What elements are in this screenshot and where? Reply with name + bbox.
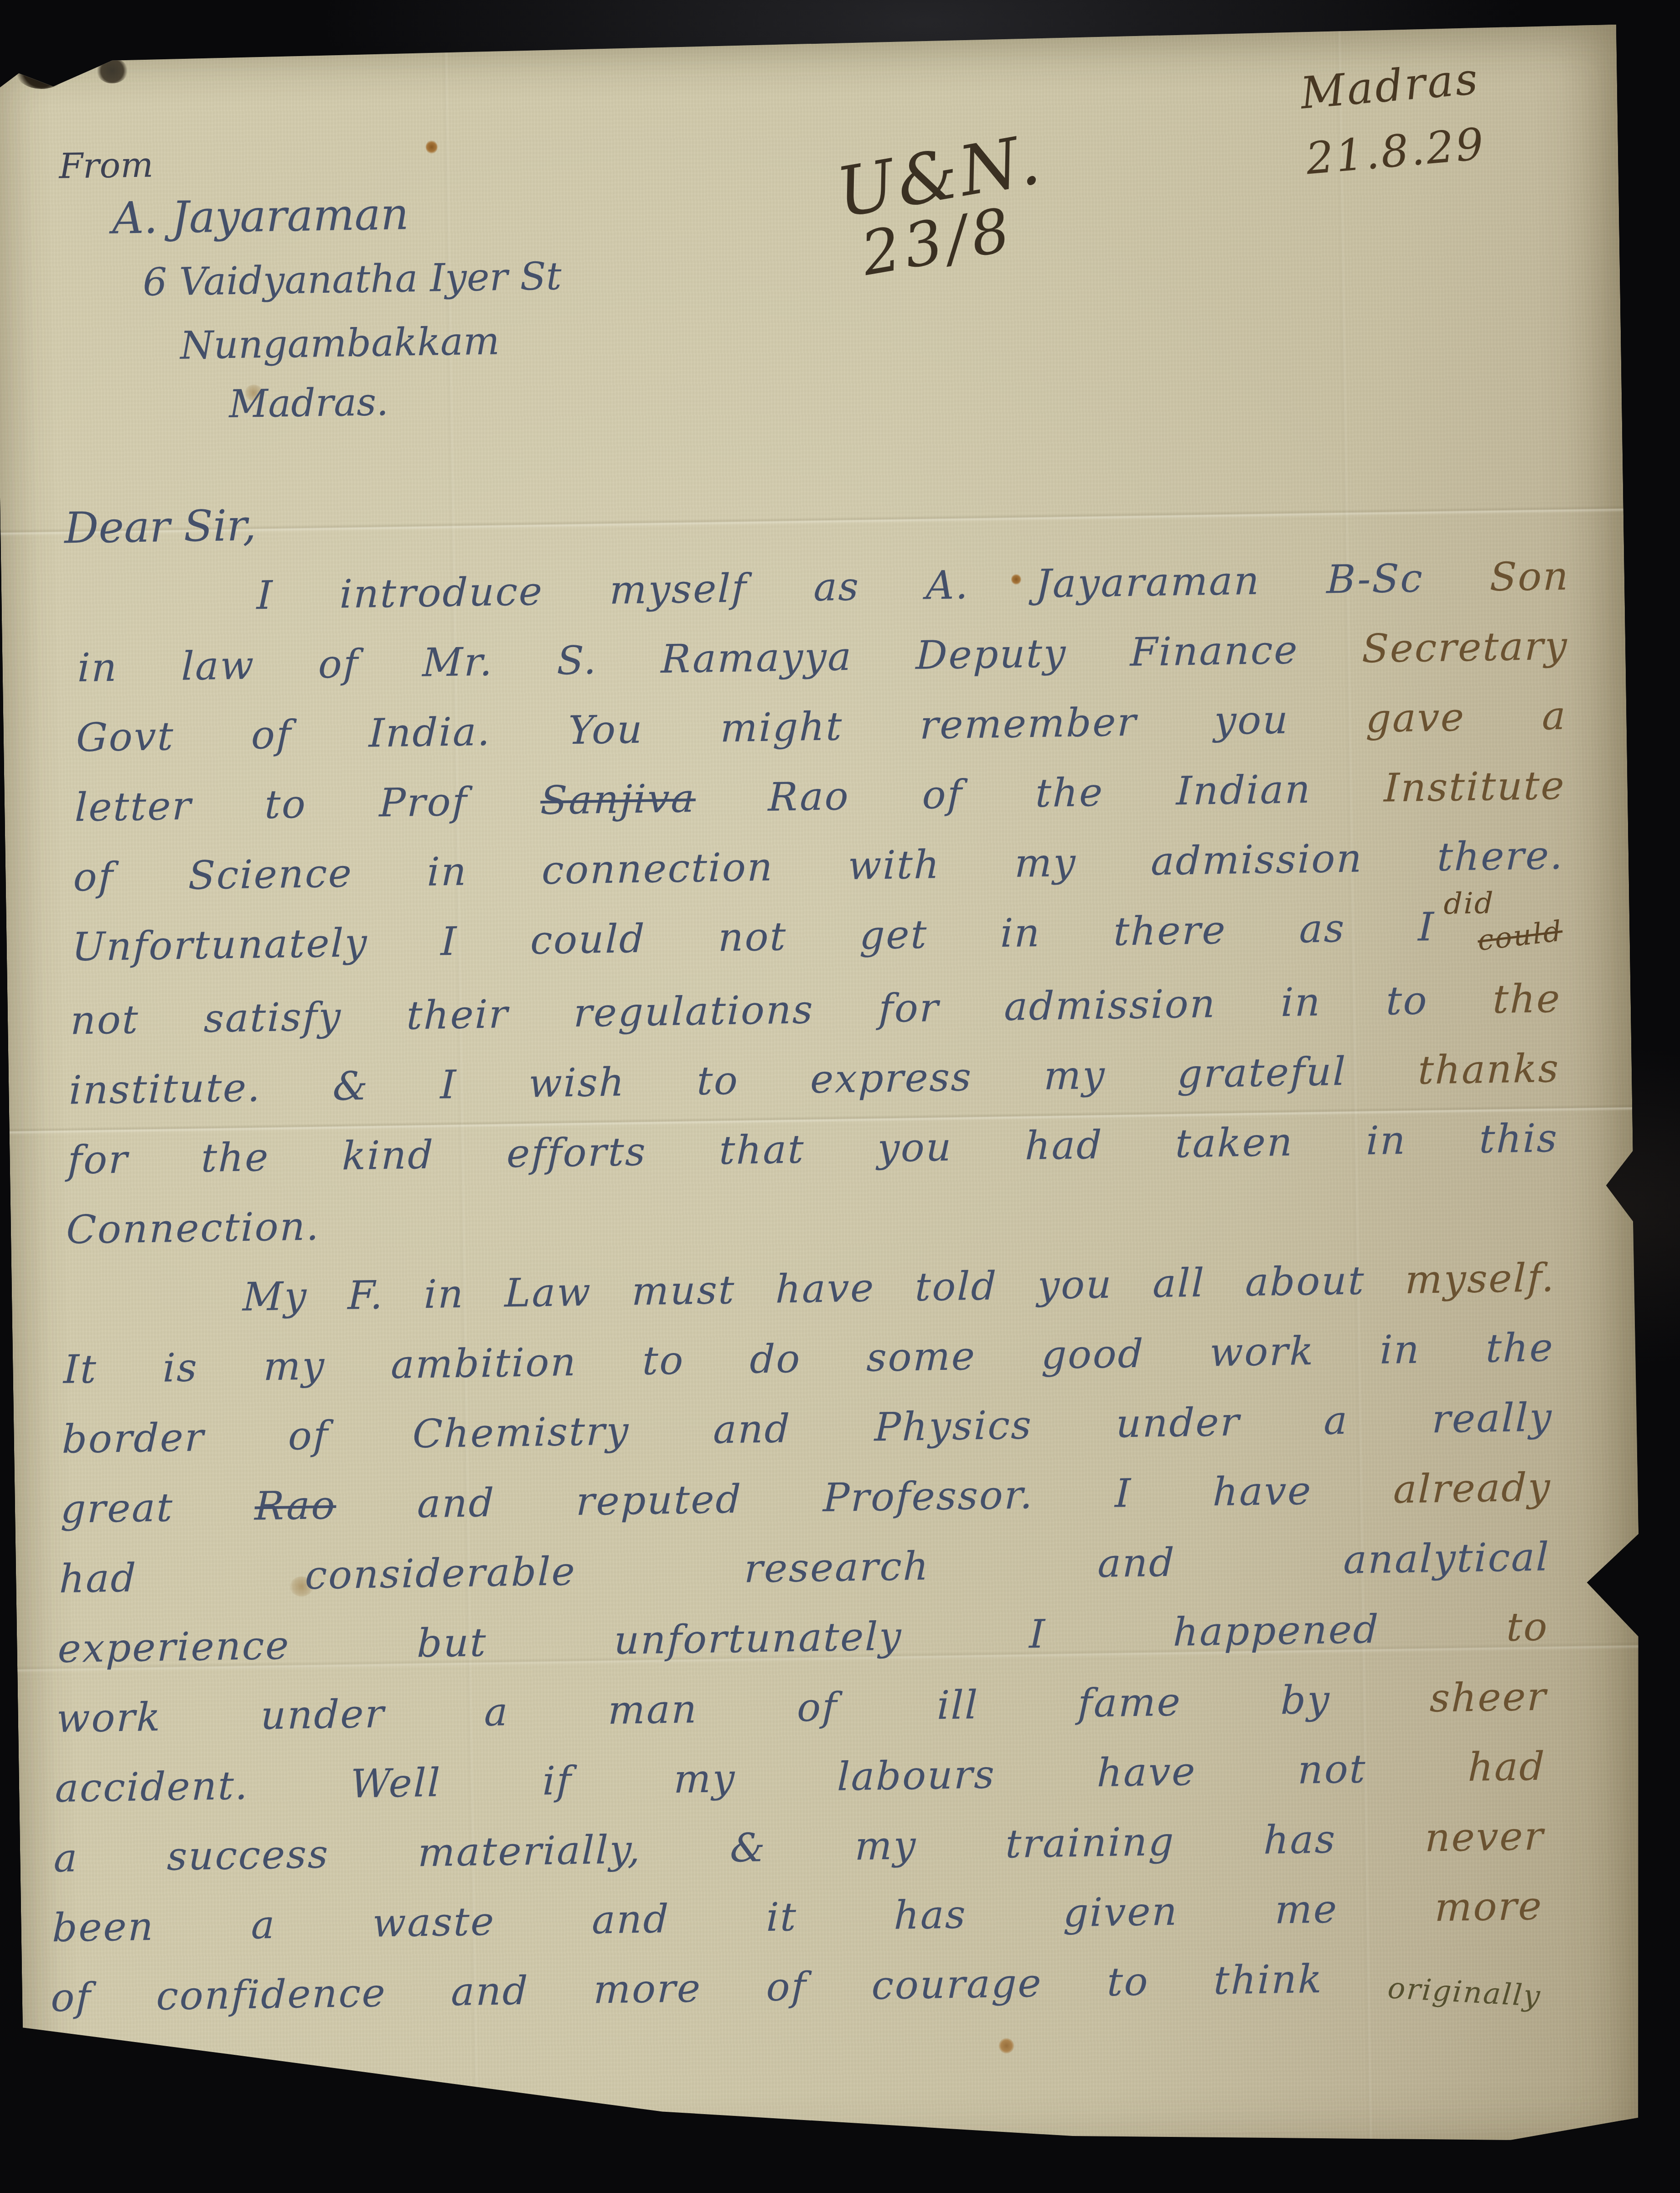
letter-paragraph: My F. in Law must have told you all abou… — [51, 1258, 1556, 2021]
letter-line: Unfortunately I could not get in there a… — [72, 906, 1563, 971]
letter-text: myself. — [1405, 1255, 1556, 1303]
salutation: Dear Sir, — [64, 501, 256, 553]
docket-annotation: U&N. 23/8 — [832, 125, 1058, 287]
letter-line: great Rao and reputed Professor. I have … — [60, 1467, 1551, 1529]
letter-text: a success materially, & my training has — [53, 1815, 1426, 1881]
struck-word: Rao — [254, 1483, 337, 1529]
letter-text: great — [60, 1483, 255, 1532]
sender-city: Madras. — [228, 379, 388, 426]
letter-text: to — [1506, 1604, 1549, 1650]
letter-text: sheer — [1429, 1674, 1547, 1721]
letter-text: gave a — [1365, 693, 1567, 742]
letter-line: accident. Well if my labours have not ha… — [55, 1747, 1546, 1809]
letter-paragraph: I introduce myself as A. Jayaraman B-Sc … — [66, 556, 1570, 1249]
sender-street: 6 Vaidyanatha Iyer St — [142, 254, 562, 305]
letter-text: It is my ambition to do some good work i… — [63, 1325, 1555, 1393]
letter-text: the — [1492, 976, 1561, 1022]
letter-place-date: Madras 21.8.29 — [1298, 46, 1488, 192]
letter-text: of confidence and more of courage to thi… — [51, 1955, 1388, 2021]
letter-text: not satisfy their regulations for admiss… — [70, 977, 1494, 1043]
letter-text: been a waste and it has given me — [52, 1885, 1435, 1951]
letter-line: not satisfy their regulations for admiss… — [70, 979, 1561, 1041]
sender-name: A. Jayaraman — [112, 188, 409, 244]
letter-text: experience but unfortunately I happened — [57, 1605, 1507, 1672]
letter-text: Unfortunately I could not get in there a… — [72, 904, 1436, 970]
letter-line: had considerable research and analytical — [59, 1537, 1550, 1599]
letter-text: Secretary — [1361, 623, 1568, 672]
letter-text: work under a man of ill fame by — [56, 1675, 1430, 1742]
letter-text: and reputed Professor. I have — [336, 1467, 1394, 1528]
letter-line: Govt of India. You might remember you ga… — [76, 696, 1567, 758]
letter-text: Connection. — [66, 1203, 320, 1253]
letter-line: I introduce myself as A. Jayaraman B-Sc … — [78, 556, 1570, 618]
letter-text: I introduce myself as A. Jayaraman B-Sc — [256, 555, 1490, 618]
letter-line: My F. in Law must have told you all abou… — [64, 1258, 1556, 1320]
letter-text: already — [1393, 1464, 1552, 1512]
letter-text: Institute — [1384, 763, 1566, 811]
letter-text: border of Chemistry and Physics under a … — [62, 1395, 1553, 1462]
letter-line: of Science in connection with my admissi… — [73, 836, 1564, 897]
rust-spot — [425, 140, 437, 154]
letter-line: It is my ambition to do some good work i… — [63, 1328, 1554, 1389]
sender-locality: Nungambakkam — [180, 318, 500, 368]
letter-text: of Science in connection with my admissi… — [73, 833, 1565, 901]
letter-line: experience but unfortunately I happened … — [57, 1607, 1549, 1669]
letter-line: Connection. — [66, 1188, 1557, 1250]
letter-line: work under a man of ill fame by sheer — [56, 1677, 1547, 1738]
letter-text: institute. & I wish to express my gratef… — [69, 1048, 1419, 1114]
letter-text: originally — [1386, 1969, 1543, 2016]
letter-text: had — [1468, 1744, 1546, 1791]
letter-text: My F. in Law must have told you all abou… — [242, 1257, 1406, 1320]
from-label: From — [59, 144, 154, 186]
letter-text: for the kind efforts that you had taken … — [67, 1115, 1559, 1183]
struck-word: Sanjiva — [540, 776, 696, 824]
letter-line: border of Chemistry and Physics under a … — [62, 1398, 1553, 1459]
letter-line: been a waste and it has given me more — [52, 1887, 1543, 1948]
inserted-word: did — [1443, 884, 1495, 924]
letter-line: of confidence and more of courage to thi… — [51, 1956, 1542, 2022]
letter-line: in law of Mr. S. Ramayya Deputy Finance … — [77, 627, 1568, 688]
letter-text: accident. Well if my labours have not — [55, 1745, 1468, 1811]
letter-text: Govt of India. You might remember you — [76, 696, 1366, 761]
letter-text: thanks — [1417, 1046, 1560, 1094]
letter-line: a success materially, & my training has … — [53, 1817, 1545, 1878]
letter-text: in law of Mr. S. Ramayya Deputy Finance — [77, 626, 1362, 691]
letter-line: institute. & I wish to express my gratef… — [69, 1049, 1560, 1110]
letter-line: for the kind efforts that you had taken … — [67, 1119, 1559, 1180]
letter-body: I introduce myself as A. Jayaraman B-Sc … — [50, 556, 1570, 2052]
letter-text: more — [1434, 1883, 1543, 1931]
letter-text: letter to Prof — [74, 778, 541, 830]
rust-spot — [998, 2038, 1014, 2054]
letter-text: Son — [1489, 553, 1570, 600]
letter-page: Madras 21.8.29 U&N. 23/8 From A. Jayaram… — [0, 25, 1648, 2187]
letter-text: had considerable research and analytical — [59, 1534, 1551, 1602]
letter-text: never — [1425, 1814, 1545, 1861]
letter-line: letter to Prof Sanjiva Rao of the Indian… — [74, 766, 1566, 828]
letter-text: Rao of the Indian — [695, 766, 1385, 821]
